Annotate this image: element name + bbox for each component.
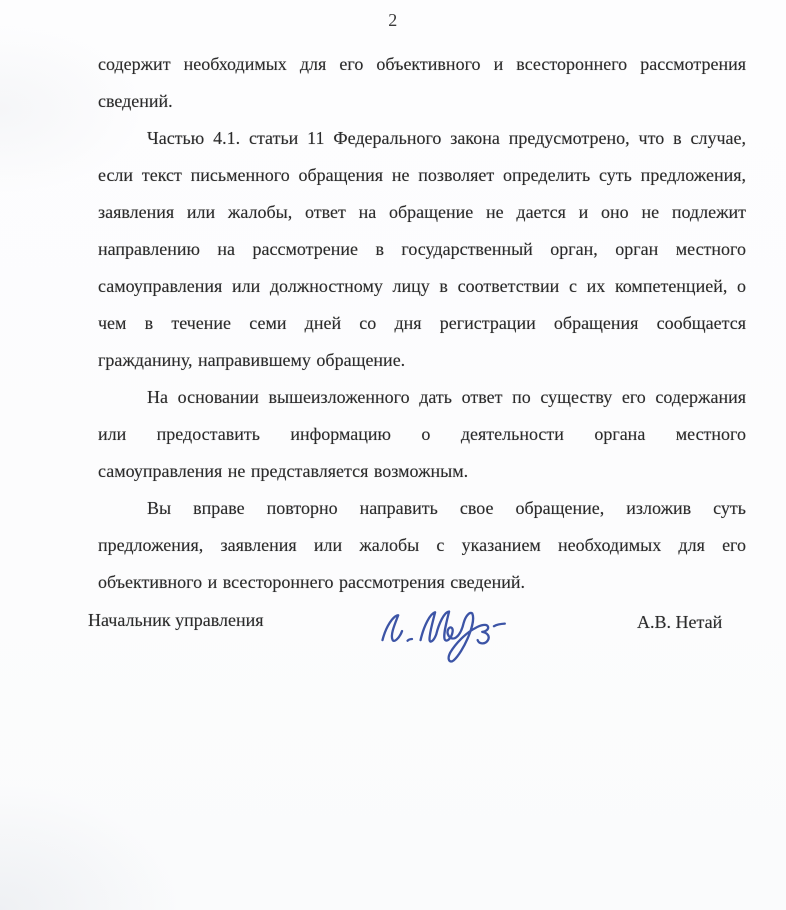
page-number: 2	[0, 10, 786, 31]
text-line: если текст письменного обращения не позв…	[98, 157, 746, 194]
signature-block: Начальник управления А.В. Нетай	[0, 601, 786, 721]
paragraph: На основании вышеизложенного дать ответ …	[98, 379, 746, 490]
text-line: самоуправления или должностному лицу в с…	[98, 268, 746, 305]
text-line: чем в течение семи дней со дня регистрац…	[98, 305, 746, 342]
letter-body: содержит необходимых для его объективног…	[98, 46, 746, 601]
paragraph: Частью 4.1. статьи 11 Федерального закон…	[98, 120, 746, 379]
text-line: Вы вправе повторно направить свое обраще…	[98, 490, 746, 527]
text-line: или предоставить информацию о деятельнос…	[98, 416, 746, 453]
text-line: направлению на рассмотрение в государств…	[98, 231, 746, 268]
signatory-name: А.В. Нетай	[637, 612, 722, 633]
text-line: сведений.	[98, 83, 746, 120]
handwritten-signature-icon	[364, 577, 519, 681]
text-line: заявления или жалобы, ответ на обращение…	[98, 194, 746, 231]
scanned-letter-page: 2 содержит необходимых для его объективн…	[0, 0, 786, 910]
paragraph: содержит необходимых для его объективног…	[98, 46, 746, 120]
text-line: Частью 4.1. статьи 11 Федерального закон…	[98, 120, 746, 157]
text-line: содержит необходимых для его объективног…	[98, 46, 746, 83]
signature-stroke-surname	[419, 609, 507, 663]
text-line: гражданину, направившему обращение.	[98, 342, 746, 379]
signature-stroke-initial	[381, 615, 412, 643]
text-line: На основании вышеизложенного дать ответ …	[98, 379, 746, 416]
text-line: самоуправления не представляется возможн…	[98, 453, 746, 490]
text-line: предложения, заявления или жалобы с указ…	[98, 527, 746, 564]
signatory-title: Начальник управления	[88, 610, 264, 631]
